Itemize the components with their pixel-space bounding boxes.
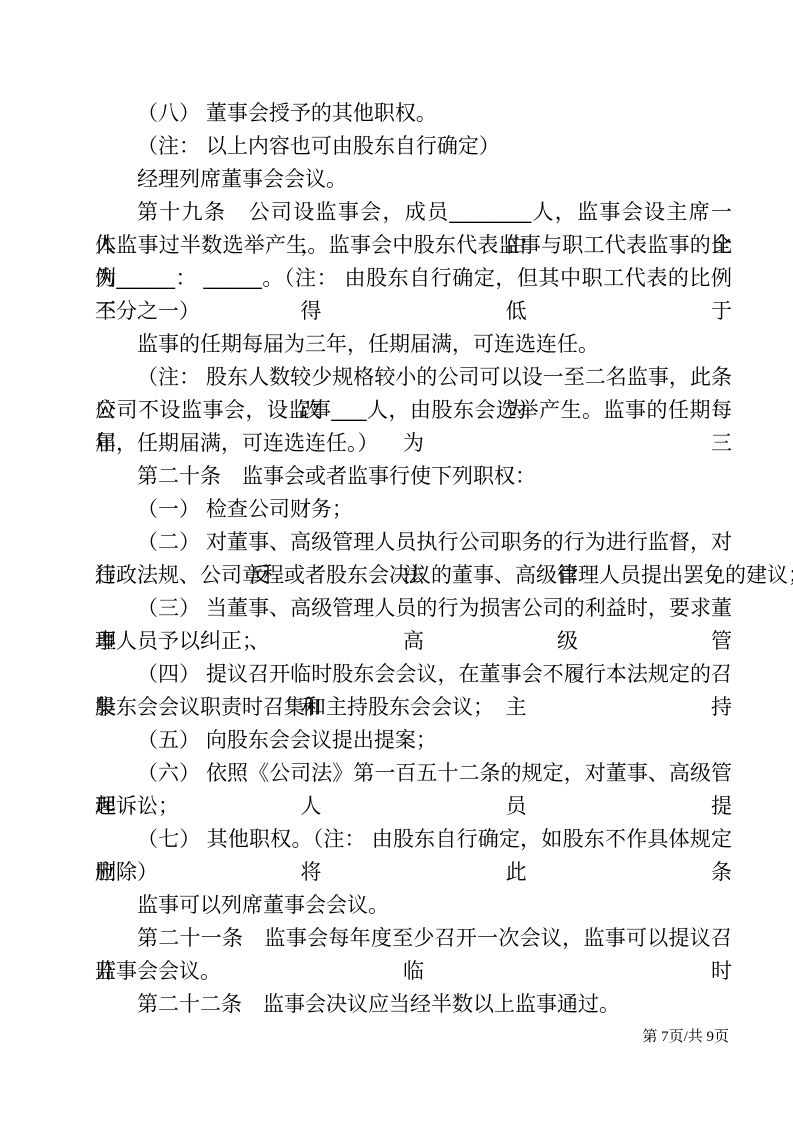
text-line-article-19: 第十九条 公司设监事会，成员_______人，监事会设主席一人，由全 [95,196,732,229]
text-line: （五） 向股东会会议提出提案； [95,724,732,757]
text-line-article-21: 第二十一条 监事会每年度至少召开一次会议，监事可以提议召开临时 [95,922,732,955]
text-line: （注： 以上内容也可由股东自行确定） [95,130,732,163]
text-line-article-22: 第二十二条 监事会决议应当经半数以上监事通过。 [95,988,732,1021]
text-line: （四） 提议召开临时股东会会议，在董事会不履行本法规定的召集和主持 [95,658,732,691]
text-line: （三） 当董事、高级管理人员的行为损害公司的利益时，要求董事、高级管 [95,592,732,625]
text-line: 监事可以列席董事会会议。 [95,889,732,922]
text-line: （八） 董事会授予的其他职权。 [95,97,732,130]
text-line: 监事的任期每届为三年，任期届满，可连选连任。 [95,328,732,361]
document-page: （八） 董事会授予的其他职权。 （注： 以上内容也可由股东自行确定） 经理列席董… [0,0,793,1122]
text-line: （注： 股东人数较少规格较小的公司可以设一至二名监事，此条应改为： [95,361,732,394]
text-line-article-20: 第二十条 监事会或者监事行使下列职权： [95,460,732,493]
text-line: （一） 检查公司财务； [95,493,732,526]
page-number: 第 7页/共 9页 [642,1025,729,1046]
text-line: 行政法规、公司章程或者股东会决议的董事、高级管理人员提出罢免的建议； [95,559,732,592]
document-body: （八） 董事会授予的其他职权。 （注： 以上内容也可由股东自行确定） 经理列席董… [95,97,732,1021]
text-line: （六） 依照《公司法》第一百五十二条的规定，对董事、高级管理人员提 [95,757,732,790]
text-line: 经理列席董事会会议。 [95,163,732,196]
text-line: （二） 对董事、高级管理人员执行公司职务的行为进行监督，对违反法律、 [95,526,732,559]
text-line: 公司不设监事会，设监事___人，由股东会选举产生。监事的任期每届为三 [95,394,732,427]
text-line: 体监事过半数选举产生。监事会中股东代表监事与职工代表监事的比例 [95,229,732,262]
text-line: （七） 其他职权。（注： 由股东自行确定，如股东不作具体规定应将此条 [95,823,732,856]
text-line: 为_____： _____。（注： 由股东自行确定，但其中职工代表的比例不得低于 [95,262,732,295]
